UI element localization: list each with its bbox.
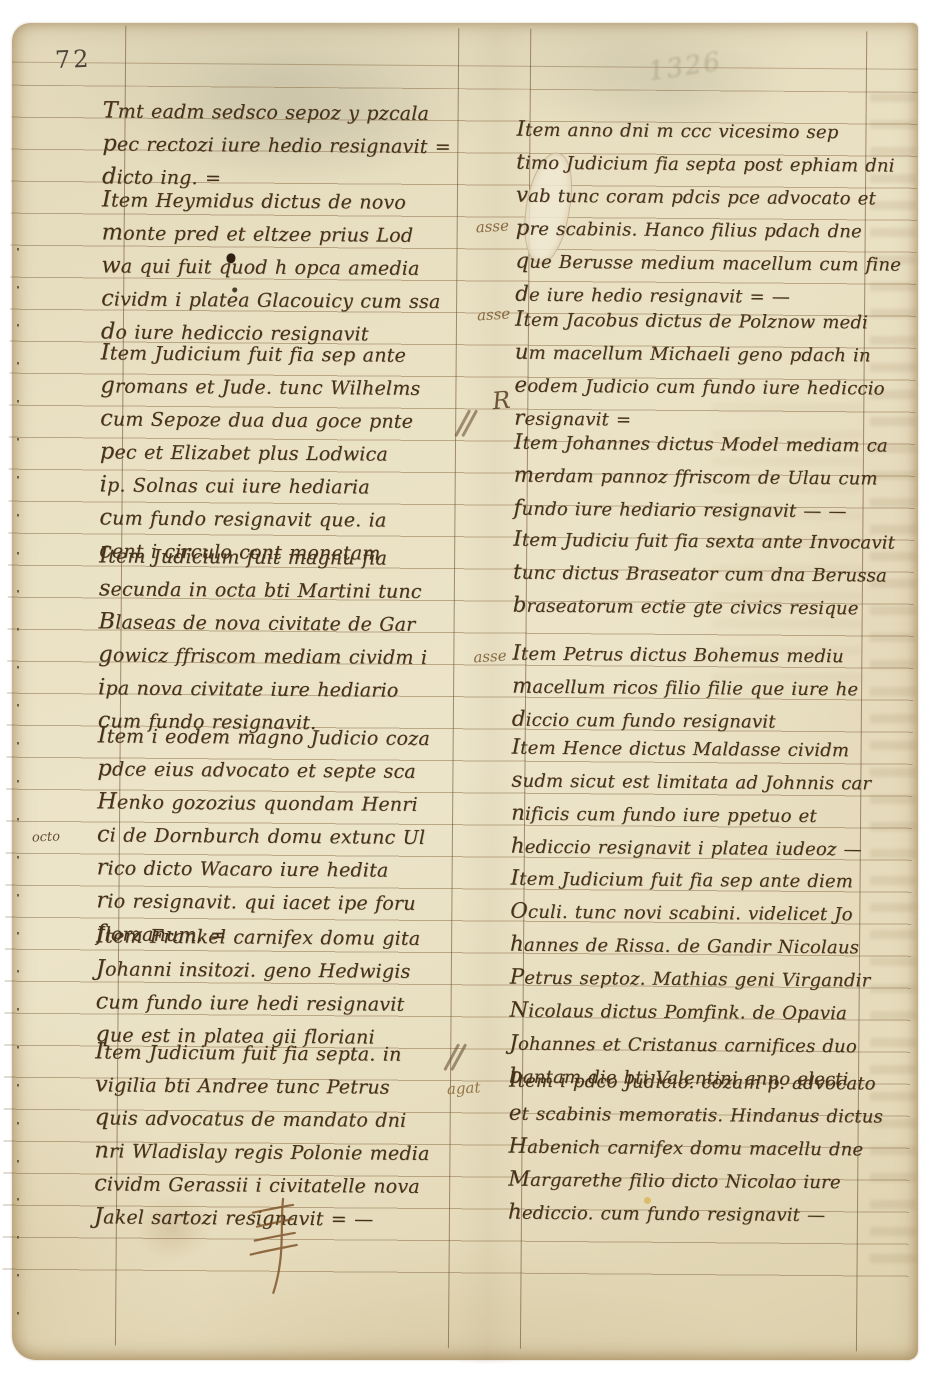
manuscript-text-line: eodem Judicio cum fundo iure hediccio — [514, 370, 885, 406]
manuscript-text-line: Item Jacobus dictus de Polznow medi — [515, 304, 886, 340]
margin-nota-mark: R — [491, 386, 512, 416]
manuscript-text-line: Item Judiciu fuit fia sexta ante Invocav… — [513, 524, 895, 560]
manuscript-text-line: Oculi. tunc novi scabini. videlicet Jo — [510, 896, 871, 932]
register-entry: Item Johannes dictus Model mediam camerd… — [513, 427, 888, 529]
manuscript-text-line: secunda in octa bti Martini tunc — [99, 572, 428, 608]
manuscript-text-line: Henko gozozius quondam Henri — [97, 785, 429, 821]
manuscript-text-line: cum fundo iure hedi resignavit — [95, 985, 419, 1021]
manuscript-text-line: Petrus septoz. Mathias geni Virgandir — [510, 962, 871, 998]
manuscript-page: 72 Tmt eadm sedsco sepoz y pzcalapec rec… — [12, 23, 918, 1360]
manuscript-text-line: tunc dictus Braseator cum dna Berussa — [513, 557, 895, 593]
manuscript-text-line: sudm sicut est limitata ad Johnnis car — [511, 765, 871, 801]
manuscript-text-line: Item Judicium fuit fia sep ante diem — [510, 863, 871, 899]
manuscript-text-line: Item Judicium fuit magnu fia — [99, 539, 428, 575]
manuscript-text-line: ipa nova civitate iure hediario — [98, 671, 427, 707]
manuscript-text-line: wa qui fuit quod h opca amedia — [101, 249, 441, 285]
manuscript-text-line: pec rectozi iure hedio resignavit = — [102, 127, 451, 163]
manuscript-text-line: timo Judicium fia septa post ephiam dni — [516, 147, 902, 183]
manuscript-text-line: Item Frankel carnifex domu gita — [96, 919, 420, 955]
manuscript-text-line: cum Sepoze dua dua goce pnte — [100, 402, 420, 438]
manuscript-text-line: Item Judicium fuit fia septa. in — [95, 1035, 430, 1071]
manuscript-text-line: rio resignavit. qui iacet ipe foru — [96, 884, 428, 920]
scan-background: { "page": { "folio_number": "72", "colum… — [0, 0, 928, 1389]
paragraph-slash-mark — [461, 408, 481, 444]
manuscript-text-line: Item Heymidus dictus de novo — [102, 183, 442, 219]
manuscript-text-line: merdam pannoz ffriscom de Ulau cum — [514, 460, 888, 496]
register-entry: Item Judicium fuit fia sep ante diemOcul… — [509, 863, 871, 1097]
right-text-column: Item anno dni m ccc vicesimo septimo Jud… — [507, 27, 909, 1367]
manuscript-text-line: ci de Dornburch domu extunc Ul — [97, 818, 429, 854]
register-entry: Item i eodem magno Judicio cozapdce eius… — [96, 719, 430, 953]
manuscript-text-line: Item Judicium fuit fia sep ante — [101, 336, 421, 372]
manuscript-text-line: Johannes et Cristanus carnifices duo — [509, 1028, 870, 1064]
manuscript-text-line: ip. Solnas cui iure hediaria — [100, 468, 420, 504]
register-entry: Item Heymidus dictus de novomonte pred e… — [101, 183, 442, 351]
manuscript-text-line: Item i pdco Judicio. cozam p. advocato — [509, 1065, 884, 1101]
manuscript-text-line: Margarethe filio dicto Nicolao iure — [508, 1164, 883, 1200]
manuscript-text-line: cividm i platea Glacouicy cum ssa — [101, 282, 441, 318]
paragraph-slash-mark — [450, 1042, 470, 1078]
manuscript-text-line: nri Wladislay regis Polonie media — [94, 1134, 429, 1170]
manuscript-text-line: hediccio. cum fundo resignavit — — [508, 1197, 883, 1233]
manuscript-text-line: gowicz ffriscom mediam cividm i — [98, 638, 427, 674]
manuscript-text-line: Nicolaus dictus Pomfink. de Opavia — [509, 995, 870, 1031]
pen-trial-strokes — [242, 1197, 315, 1298]
margin-note-agat: agat — [446, 1079, 480, 1097]
manuscript-text-line: quis advocatus de mandato dni — [95, 1101, 430, 1137]
manuscript-text-line: gromans et Jude. tunc Wilhelms — [100, 369, 420, 405]
manuscript-text-line: pdce eius advocato et septe sca — [97, 752, 429, 788]
manuscript-text-line: Item i eodem magno Judicio coza — [98, 719, 430, 755]
manuscript-text-line: que Berusse medium macellum cum fine — [515, 246, 901, 282]
manuscript-text-line: Johanni insitozi. geno Hedwigis — [96, 952, 420, 988]
left-text-column: Tmt eadm sedsco sepoz y pzcalapec rectoz… — [93, 23, 483, 1363]
register-entry: Tmt eadm sedsco sepoz y pzcalapec rectoz… — [102, 94, 451, 196]
manuscript-text-line: Tmt eadm sedsco sepoz y pzcala — [102, 94, 451, 130]
register-entry: Item Judicium fuit fia sep antegromans e… — [99, 336, 421, 570]
manuscript-text-line: vigilia bti Andree tunc Petrus — [95, 1068, 430, 1104]
register-entry: Item Frankel carnifex domu gitaJohanni i… — [95, 919, 420, 1054]
manuscript-text-line: braseatorum ectie gte civics resique — [513, 590, 895, 626]
manuscript-text-line: Item Johannes dictus Model mediam ca — [514, 427, 888, 463]
manuscript-text-line: vab tunc coram pdcis pce advocato et — [516, 180, 902, 216]
manuscript-text-line: Item Petrus dictus Bohemus mediu — [512, 638, 858, 674]
manuscript-text-line: pre scabinis. Hanco filius pdach dne — [516, 213, 902, 249]
margin-note-asse-1: asse — [475, 217, 509, 235]
manuscript-text-line: Blaseas de nova civitate de Gar — [98, 605, 427, 641]
manuscript-text-line: monte pred et eltzee prius Lod — [102, 216, 442, 252]
manuscript-text-line: hannes de Rissa. de Gandir Nicolaus — [510, 929, 871, 965]
register-entry: Item Petrus dictus Bohemus mediumacellum… — [512, 638, 859, 740]
manuscript-text-line: et scabinis memoratis. Hindanus dictus — [509, 1098, 884, 1134]
margin-note-asse-3: asse — [473, 647, 507, 665]
register-entry: Item Jacobus dictus de Polznow medium ma… — [514, 304, 885, 439]
pen-trial-mark — [242, 1197, 315, 1302]
writing-layer: Tmt eadm sedsco sepoz y pzcalapec rectoz… — [2, 23, 918, 1367]
manuscript-text-line: rico dicto Wacaro iure hedita — [97, 851, 429, 887]
manuscript-text-line: hediccio resignavit i platea iudeoz — — [511, 831, 871, 867]
manuscript-text-line: um macellum Michaeli geno pdach in — [515, 337, 886, 373]
manuscript-text-line: pec et Elizabet plus Lodwica — [100, 435, 420, 471]
margin-note-asse-2: asse — [477, 305, 511, 323]
register-entry: Item Hence dictus Maldasse cividmsudm si… — [511, 732, 872, 867]
manuscript-text-line: Item anno dni m ccc vicesimo sep — [516, 114, 902, 150]
manuscript-text-line: macellum ricos filio filie que iure he — [512, 671, 858, 707]
register-entry: Item anno dni m ccc vicesimo septimo Jud… — [515, 114, 902, 315]
manuscript-text-line: cum fundo resignavit que. ia — [99, 501, 419, 537]
register-entry: Item i pdco Judicio. cozam p. advocatoet… — [508, 1065, 884, 1233]
register-entry: Item Judiciu fuit fia sexta ante Invocav… — [513, 524, 896, 626]
manuscript-text-line: Item Hence dictus Maldasse cividm — [512, 732, 872, 768]
register-entry: Item Judicium fuit magnu fiasecunda in o… — [98, 539, 428, 740]
margin-note-numeral: octo — [32, 829, 61, 845]
manuscript-text-line: nificis cum fundo iure ppetuo et — [511, 798, 871, 834]
manuscript-text-line: Habenich carnifex domu macellu dne — [508, 1131, 883, 1167]
